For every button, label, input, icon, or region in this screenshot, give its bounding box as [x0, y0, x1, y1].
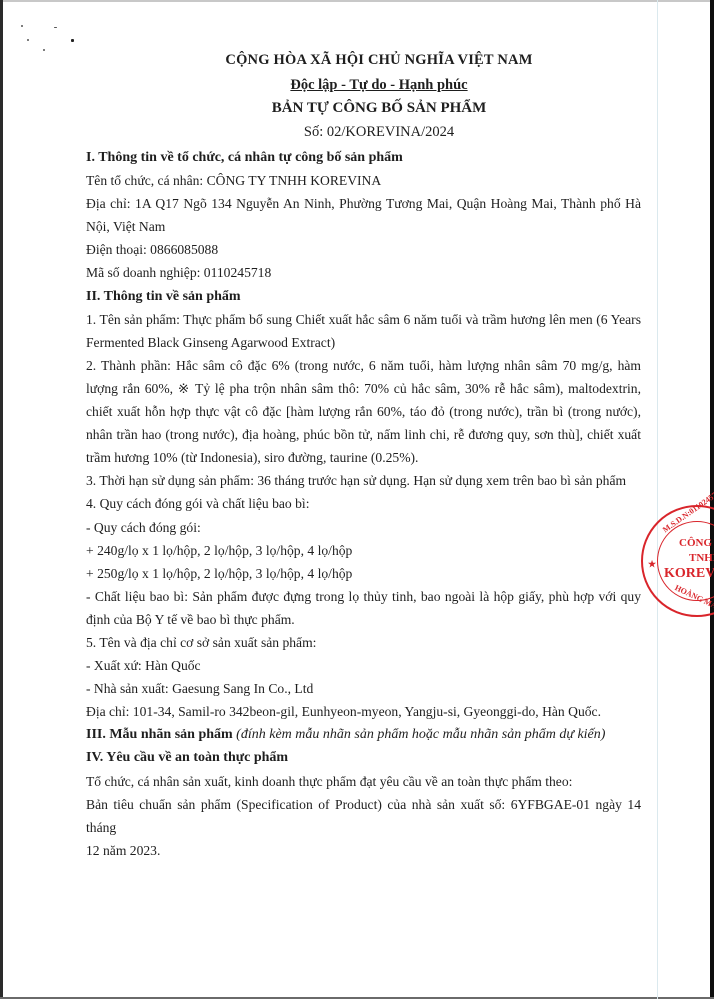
stamp-line-3: KOREVINA: [664, 566, 714, 582]
safety-line-3: 12 năm 2023.: [86, 839, 641, 862]
section-4-heading: IV. Yêu cầu về an toàn thực phẩm: [86, 746, 641, 769]
section-3-title: III. Mẫu nhãn sản phẩm: [86, 727, 233, 742]
republic-heading: CỘNG HÒA XÃ HỘI CHỦ NGHĨA VIỆT NAM: [22, 52, 714, 69]
star-icon: ★: [648, 559, 656, 570]
scan-edge-top: [0, 0, 714, 2]
company-seal-stamp: M.S.D.N:0110245718 ★ CÔNG TY TNHH KOREVI…: [641, 505, 714, 617]
scan-speck: [54, 27, 57, 28]
motto-text: Độc lập - Tự do - Hạnh phúc: [290, 77, 467, 93]
manufacturer-name: - Nhà sản xuất: Gaesung Sang In Co., Ltd: [86, 677, 641, 700]
origin: - Xuất xứ: Hàn Quốc: [86, 654, 641, 677]
section-3-heading: III. Mẫu nhãn sản phẩm (đính kèm mẫu nhã…: [86, 723, 641, 746]
fold-line: [657, 0, 658, 999]
material-line-2: định của Bộ Y tế về bao bì thực phẩm.: [86, 608, 641, 631]
ingredients-line-5: trầm hương 10% (từ Indonesia), siro đườn…: [86, 446, 641, 469]
product-name-line-2: Fermented Black Ginseng Agarwood Extract…: [86, 331, 641, 354]
packaging-heading: 4. Quy cách đóng gói và chất liệu bao bì…: [86, 492, 641, 515]
manufacturer-heading: 5. Tên và địa chỉ cơ sở sản xuất sản phẩ…: [86, 631, 641, 654]
pack-240g: + 240g/lọ x 1 lọ/hộp, 2 lọ/hộp, 3 lọ/hộp…: [86, 539, 641, 562]
document-title: BẢN TỰ CÔNG BỐ SẢN PHẨM: [22, 100, 714, 117]
scan-speck: [71, 39, 74, 42]
ingredients-line-4: nhân trần hao (trong nước), địa hoàng, p…: [86, 423, 641, 446]
manufacturer-address: Địa chỉ: 101-34, Samil-ro 342beon-gil, E…: [86, 700, 641, 723]
scan-edge-left: [0, 0, 3, 999]
stamp-line-1: CÔNG TY: [679, 537, 714, 549]
section-3-note: (đính kèm mẫu nhãn sản phẩm hoặc mẫu nhã…: [236, 727, 605, 742]
safety-line-1: Tổ chức, cá nhân sản xuất, kinh doanh th…: [86, 770, 641, 793]
shelf-life: 3. Thời hạn sử dụng sản phẩm: 36 tháng t…: [86, 469, 641, 492]
ingredients-line-3: chiết xuất hỗn hợp thực vật cô đặc [hàm …: [86, 400, 641, 423]
stamp-line-2: TNHH: [689, 552, 714, 564]
org-address-line-2: Nội, Việt Nam: [86, 215, 641, 238]
section-1-heading: I. Thông tin về tổ chức, cá nhân tự công…: [86, 146, 641, 169]
document-page: CỘNG HÒA XÃ HỘI CHỦ NGHĨA VIỆT NAM Độc l…: [0, 0, 714, 999]
scan-speck: [27, 39, 29, 41]
packaging-spec: - Quy cách đóng gói:: [86, 516, 641, 539]
org-tax-code: Mã số doanh nghiệp: 0110245718: [86, 261, 641, 284]
org-address-line-1: Địa chỉ: 1A Q17 Ngõ 134 Nguyễn An Ninh, …: [86, 192, 641, 215]
material-line-1: - Chất liệu bao bì: Sản phẩm được đựng t…: [86, 585, 641, 608]
org-phone: Điện thoại: 0866085088: [86, 238, 641, 261]
pack-250g: + 250g/lọ x 1 lọ/hộp, 2 lọ/hộp, 3 lọ/hộp…: [86, 562, 641, 585]
section-2-heading: II. Thông tin về sản phẩm: [86, 285, 641, 308]
scan-speck: [43, 49, 45, 51]
product-name-line-1: 1. Tên sản phẩm: Thực phẩm bổ sung Chiết…: [86, 308, 641, 331]
national-motto: Độc lập - Tự do - Hạnh phúc: [22, 77, 714, 94]
ingredients-line-2: lượng rắn 60%, ※ Tỷ lệ pha trộn nhân sâm…: [86, 377, 641, 400]
org-name: Tên tổ chức, cá nhân: CÔNG TY TNHH KOREV…: [86, 169, 641, 192]
document-body: I. Thông tin về tổ chức, cá nhân tự công…: [86, 146, 641, 862]
safety-line-2: Bản tiêu chuẩn sản phẩm (Specification o…: [86, 793, 641, 839]
ingredients-line-1: 2. Thành phần: Hắc sâm cô đặc 6% (trong …: [86, 354, 641, 377]
document-number: Số: 02/KOREVINA/2024: [22, 124, 714, 141]
scan-speck: [21, 25, 23, 27]
